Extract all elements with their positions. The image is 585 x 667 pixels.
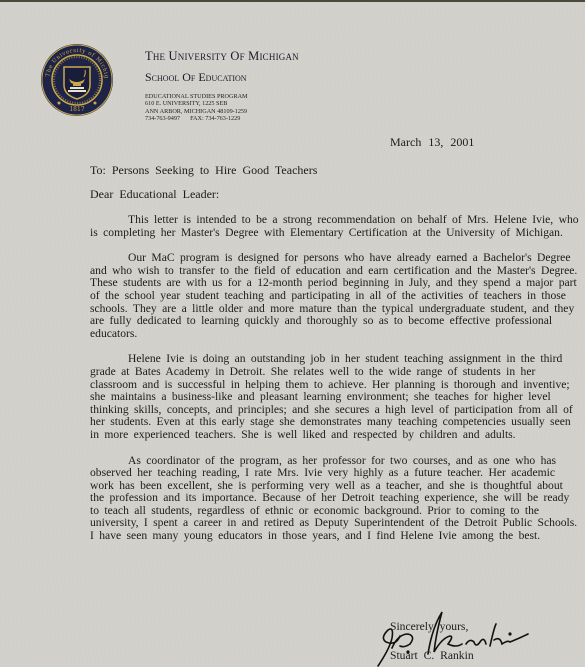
letter-date: March 13, 2001 <box>390 135 474 150</box>
phone-number: 734-763-9497 <box>145 115 180 122</box>
svg-text:1817: 1817 <box>69 106 84 113</box>
paragraph: As coordinator of the program, as her pr… <box>90 455 580 543</box>
fax-number: FAX: 734-763-1229 <box>190 115 240 122</box>
scan-edge-line <box>0 0 585 2</box>
to-line: To: Persons Seeking to Hire Good Teacher… <box>90 163 317 178</box>
paragraph: Helene Ivie is doing an outstanding job … <box>90 353 580 441</box>
letterhead-address: Educational Studies Program 610 E. Unive… <box>145 93 299 122</box>
street-address: 610 E. University, 1225 SEB <box>145 100 299 107</box>
letterhead: The University Of Michigan School Of Edu… <box>145 49 299 122</box>
school-name: School Of Education <box>145 70 299 85</box>
letter-body: This letter is intended to be a strong r… <box>90 214 580 556</box>
paragraph: This letter is intended to be a strong r… <box>90 214 580 239</box>
paragraph: Our MaC program is designed for persons … <box>90 252 580 340</box>
program-name: Educational Studies Program <box>145 93 299 100</box>
city-address: Ann Arbor, Michigan 48109-1259 <box>145 108 299 115</box>
university-name: The University Of Michigan <box>145 49 299 64</box>
salutation: Dear Educational Leader: <box>90 187 219 202</box>
contact-line: 734-763-9497FAX: 734-763-1229 <box>145 115 299 122</box>
university-seal-icon: The University of Michigan 1817 <box>40 43 114 117</box>
signer-name: Stuart C. Rankin <box>390 649 474 662</box>
